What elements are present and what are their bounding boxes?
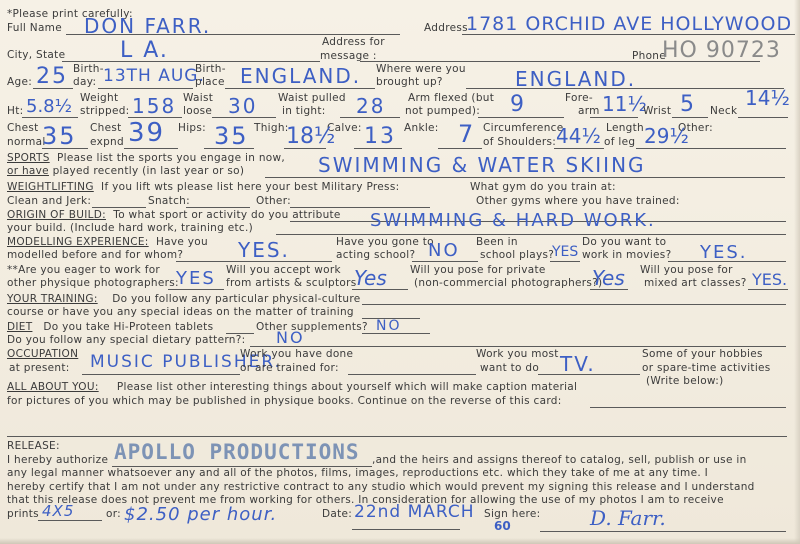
weightlifting-text: WEIGHTLIFTING If you lift wts please lis… <box>7 181 399 193</box>
about-text: ALL ABOUT YOU: Please list other interes… <box>7 381 577 393</box>
neck-label: Neck <box>710 105 737 117</box>
snatch-label: Snatch: <box>148 195 190 207</box>
waist-label-2: loose <box>183 105 212 117</box>
mixed-label-2: mixed art classes? <box>644 277 747 289</box>
diet-text: DIET Do you take Hi-Proteen tablets <box>7 321 213 333</box>
forearm-label-2: arm <box>578 105 600 117</box>
chest-expnd-line <box>124 148 178 149</box>
arm-flexed-label: Arm flexed (but <box>408 92 494 104</box>
origin-line <box>276 234 786 235</box>
sports-text-2: or have played recently (in last year or… <box>7 165 244 177</box>
hobbies-label-2: or spare-time activities <box>642 362 771 374</box>
sports-line <box>265 177 785 178</box>
forearm-line <box>590 117 638 118</box>
waist-label: Waist <box>183 92 213 104</box>
calve-field[interactable]: 13 <box>364 124 396 149</box>
prints-line <box>38 520 102 521</box>
movies-label: Do you want to <box>582 236 666 248</box>
ankle-line <box>438 148 482 149</box>
other-lift-label: Other: <box>256 195 291 207</box>
waist-tight-field[interactable]: 28 <box>356 94 385 118</box>
diet-line <box>250 346 786 347</box>
military-press-label: If you lift wts please list here your be… <box>101 181 399 193</box>
work-in-movies-field[interactable]: YES. <box>700 242 748 263</box>
age-label: Age: <box>7 76 32 88</box>
waist-pulled-label-2: in tight: <box>282 105 326 117</box>
supplements-label: Other supplements? <box>256 321 368 333</box>
city-state-label: City, State <box>7 49 65 61</box>
shoulders-line <box>554 148 604 149</box>
mixed-label: Will you pose for <box>640 264 733 276</box>
model-release-card: *Please print carefully: Full Name DON F… <box>0 0 800 544</box>
work-done-line <box>348 374 476 375</box>
mixed-art-field[interactable]: YES. <box>752 270 787 289</box>
modelling-question: Have you <box>156 236 208 248</box>
age-field[interactable]: 25 <box>36 64 68 89</box>
sports-field[interactable]: SWIMMING & WATER SKIING <box>318 153 646 177</box>
waist-pulled-label: Waist pulled <box>278 92 346 104</box>
origin-field[interactable]: SWIMMING & HARD WORK. <box>370 210 656 231</box>
thigh-label: Thigh: <box>254 122 289 134</box>
chest-expnd-label: Chest <box>90 122 122 134</box>
forearm-label: Fore- <box>565 92 593 104</box>
occupation-label: at present: <box>9 362 70 374</box>
neck-field[interactable]: 14½ <box>745 86 790 110</box>
diet-question-2: Do you follow any special dietary patter… <box>7 334 245 346</box>
modelling-heading: MODELLING EXPERIENCE: <box>7 236 149 248</box>
artists-sculptors-field[interactable]: Yes <box>354 266 387 290</box>
other-gyms-label: Other gyms where you have trained: <box>476 195 680 207</box>
training-heading: YOUR TRAINING: <box>7 293 98 305</box>
origin-question-2: your build. (Include hard work, training… <box>7 222 253 234</box>
supplements-field[interactable]: NO <box>376 318 402 334</box>
card-edge <box>794 0 800 544</box>
prints-label: prints <box>7 508 39 520</box>
arm-flexed-label-2: not pumped): <box>405 105 480 117</box>
card-edge <box>0 538 800 544</box>
height-field[interactable]: 5.8½ <box>26 96 72 117</box>
wrist-line <box>672 117 708 118</box>
work-want-field[interactable]: TV. <box>560 352 596 376</box>
work-want-label-2: want to do <box>480 362 539 374</box>
acting-school-field[interactable]: NO <box>428 240 460 261</box>
arm-flexed-field[interactable]: 9 <box>510 92 526 117</box>
about-question-2: for pictures of you which may be publish… <box>7 395 562 407</box>
hips-field[interactable]: 35 <box>214 122 249 150</box>
chest-normal-field[interactable]: 35 <box>42 122 77 150</box>
neck-line <box>738 117 788 118</box>
dietary-pattern-field[interactable]: NO <box>276 328 305 347</box>
brought-up-label-2: brought up? <box>376 76 443 88</box>
acting-label: Have you gone to <box>336 236 434 248</box>
work-want-label: Work you most <box>476 348 559 360</box>
modelling-text: MODELLING EXPERIENCE: Have you <box>7 236 208 248</box>
eager-label-2: other physique photographers: <box>7 277 179 289</box>
arm-flexed-line <box>478 117 564 118</box>
origin-heading: ORIGIN OF BUILD: <box>7 209 106 221</box>
artists-label-2: from artists & sculptors <box>226 277 357 289</box>
chest-expnd-label-2: expnd <box>90 136 124 148</box>
waist-loose-field[interactable]: 30 <box>228 94 257 118</box>
hobbies-label: Some of your hobbies <box>642 348 763 360</box>
city-state-line <box>62 61 320 62</box>
birthday-field[interactable]: 13TH AUG. <box>103 66 205 86</box>
chest-normal-label: Chest <box>7 122 39 134</box>
address-field[interactable]: 1781 ORCHID AVE HOLLYWOOD 28 <box>466 13 800 35</box>
eager-line <box>168 289 224 290</box>
movies-label-2: work in movies? <box>582 249 671 261</box>
release-line-1: ,and the heirs and assigns thereof to ca… <box>372 454 747 466</box>
brought-up-field[interactable]: ENGLAND. <box>515 67 636 91</box>
other-photographers-field[interactable]: YES <box>176 268 216 289</box>
thigh-field[interactable]: 18½ <box>286 124 335 149</box>
full-name-field[interactable]: DON FARR. <box>84 14 211 38</box>
school-plays-line <box>550 261 580 262</box>
release-heading: RELEASE: <box>7 440 60 452</box>
origin-text: ORIGIN OF BUILD: To what sport or activi… <box>7 209 341 221</box>
shoulders-label-2: of Shoulders: <box>483 136 556 148</box>
ankle-label: Ankle: <box>404 122 439 134</box>
prints-field[interactable]: 4X5 <box>42 502 74 520</box>
weightlifting-heading: WEIGHTLIFTING <box>7 181 94 193</box>
occupation-line <box>82 374 240 375</box>
snatch-line <box>186 207 250 208</box>
weight-label: Weight <box>80 92 118 104</box>
eager-label: **Are you eager to work for <box>7 264 160 276</box>
full-name-label: Full Name <box>7 22 62 34</box>
address-for-label: Address for <box>322 36 385 48</box>
school-plays-label: Been in <box>476 236 518 248</box>
training-question: Do you follow any particular physical-cu… <box>112 293 360 305</box>
leg-length-field[interactable]: 29½ <box>644 124 689 148</box>
birthday-label-2: day: <box>73 76 96 88</box>
birthday-line <box>98 88 193 89</box>
mixed-line <box>748 289 788 290</box>
address-label: Address <box>424 22 468 34</box>
hobbies-label-3: (Write below:) <box>646 375 723 387</box>
hips-label: Hips: <box>178 122 206 134</box>
birthplace-field[interactable]: ENGLAND. <box>240 64 361 88</box>
sports-heading: SPORTS <box>7 152 50 164</box>
training-text: YOUR TRAINING: Do you follow any particu… <box>7 293 361 305</box>
diet-heading: DIET <box>7 321 32 333</box>
school-plays-label-2: school plays? <box>480 249 554 261</box>
acting-line <box>412 261 478 262</box>
modelled-before-field[interactable]: YES. <box>238 238 290 262</box>
school-plays-field[interactable]: YES <box>552 244 578 260</box>
company-stamp[interactable]: APOLLO PRODUCTIONS <box>114 440 360 464</box>
signature-field[interactable]: D. Farr. <box>590 506 666 530</box>
about-line <box>590 407 786 408</box>
city-state-field[interactable]: L A. <box>120 38 169 63</box>
rate-field[interactable]: $2.50 per hour. <box>124 504 277 525</box>
sports-question: Please list the sports you engage in now… <box>57 152 285 164</box>
ankle-field[interactable]: 7 <box>458 120 475 148</box>
leg-line <box>636 148 786 149</box>
training-line-top <box>362 304 786 305</box>
wrist-label: Wrist <box>643 105 671 117</box>
other-lift-line <box>290 207 430 208</box>
about-question: Please list other interesting things abo… <box>117 381 577 393</box>
chest-expanded-field[interactable]: 39 <box>128 118 165 148</box>
year-field[interactable]: 60 <box>494 519 511 533</box>
chest-normal-label-2: normal <box>7 136 46 148</box>
private-label: Will you pose for private <box>410 264 546 276</box>
release-line-2: any legal manner whatsoever any and all … <box>7 467 708 479</box>
leg-label: Length <box>606 122 644 134</box>
sports-text: SPORTS Please list the sports you engage… <box>7 152 285 164</box>
release-divider <box>7 436 787 437</box>
clean-jerk-label: Clean and Jerk: <box>7 195 91 207</box>
release-line-3: hereby certify that I am not under any r… <box>7 481 755 493</box>
work-done-label: Work you have done <box>240 348 353 360</box>
sports-recent: played recently (in last year or so) <box>53 165 245 177</box>
height-line <box>22 117 78 118</box>
work-done-label-2: or are trained for: <box>240 362 339 374</box>
weight-field[interactable]: 158 <box>132 94 176 118</box>
phone-field[interactable]: HO 90723 <box>662 38 781 63</box>
brought-up-label: Where were you <box>376 63 466 75</box>
gym-label: What gym do you train at: <box>470 181 616 193</box>
date-field[interactable]: 22nd MARCH <box>354 502 475 522</box>
date-label: Date: <box>322 508 352 520</box>
shoulders-label: Circumference <box>483 122 563 134</box>
birthplace-label-2: place <box>195 76 225 88</box>
origin-question: To what sport or activity do you attribu… <box>113 209 340 221</box>
date-line <box>352 529 460 530</box>
private-label-2: (non-commercial photographers?) <box>414 277 602 289</box>
private-pose-field[interactable]: Yes <box>592 266 625 290</box>
wrist-field[interactable]: 5 <box>680 92 696 117</box>
modelling-question-2: modelled before and for whom? <box>7 249 183 261</box>
phone-label: Phone <box>632 50 666 62</box>
signature-line <box>540 531 786 532</box>
release-authorize-label: I hereby authorize <box>7 454 108 466</box>
about-heading: ALL ABOUT YOU: <box>7 381 99 393</box>
height-label: Ht: <box>7 105 23 117</box>
or-label: or: <box>106 508 121 520</box>
birthplace-line <box>225 88 375 89</box>
occupation-heading: OCCUPATION <box>7 348 78 360</box>
sign-label: Sign here: <box>484 508 540 520</box>
weight-label-2: stripped: <box>80 105 130 117</box>
clean-jerk-line <box>92 207 146 208</box>
forearm-field[interactable]: 11½ <box>602 92 647 116</box>
artists-label: Will you accept work <box>226 264 341 276</box>
sports-or-have: or have <box>7 165 49 177</box>
shoulders-field[interactable]: 44½ <box>556 124 601 148</box>
training-question-2: course or have you any special ideas on … <box>7 306 354 318</box>
birthday-label: Birth- <box>73 63 104 75</box>
leg-label-2: of leg <box>604 136 635 148</box>
acting-label-2: acting school? <box>336 249 415 261</box>
diet-question: Do you take Hi-Proteen tablets <box>43 321 213 333</box>
